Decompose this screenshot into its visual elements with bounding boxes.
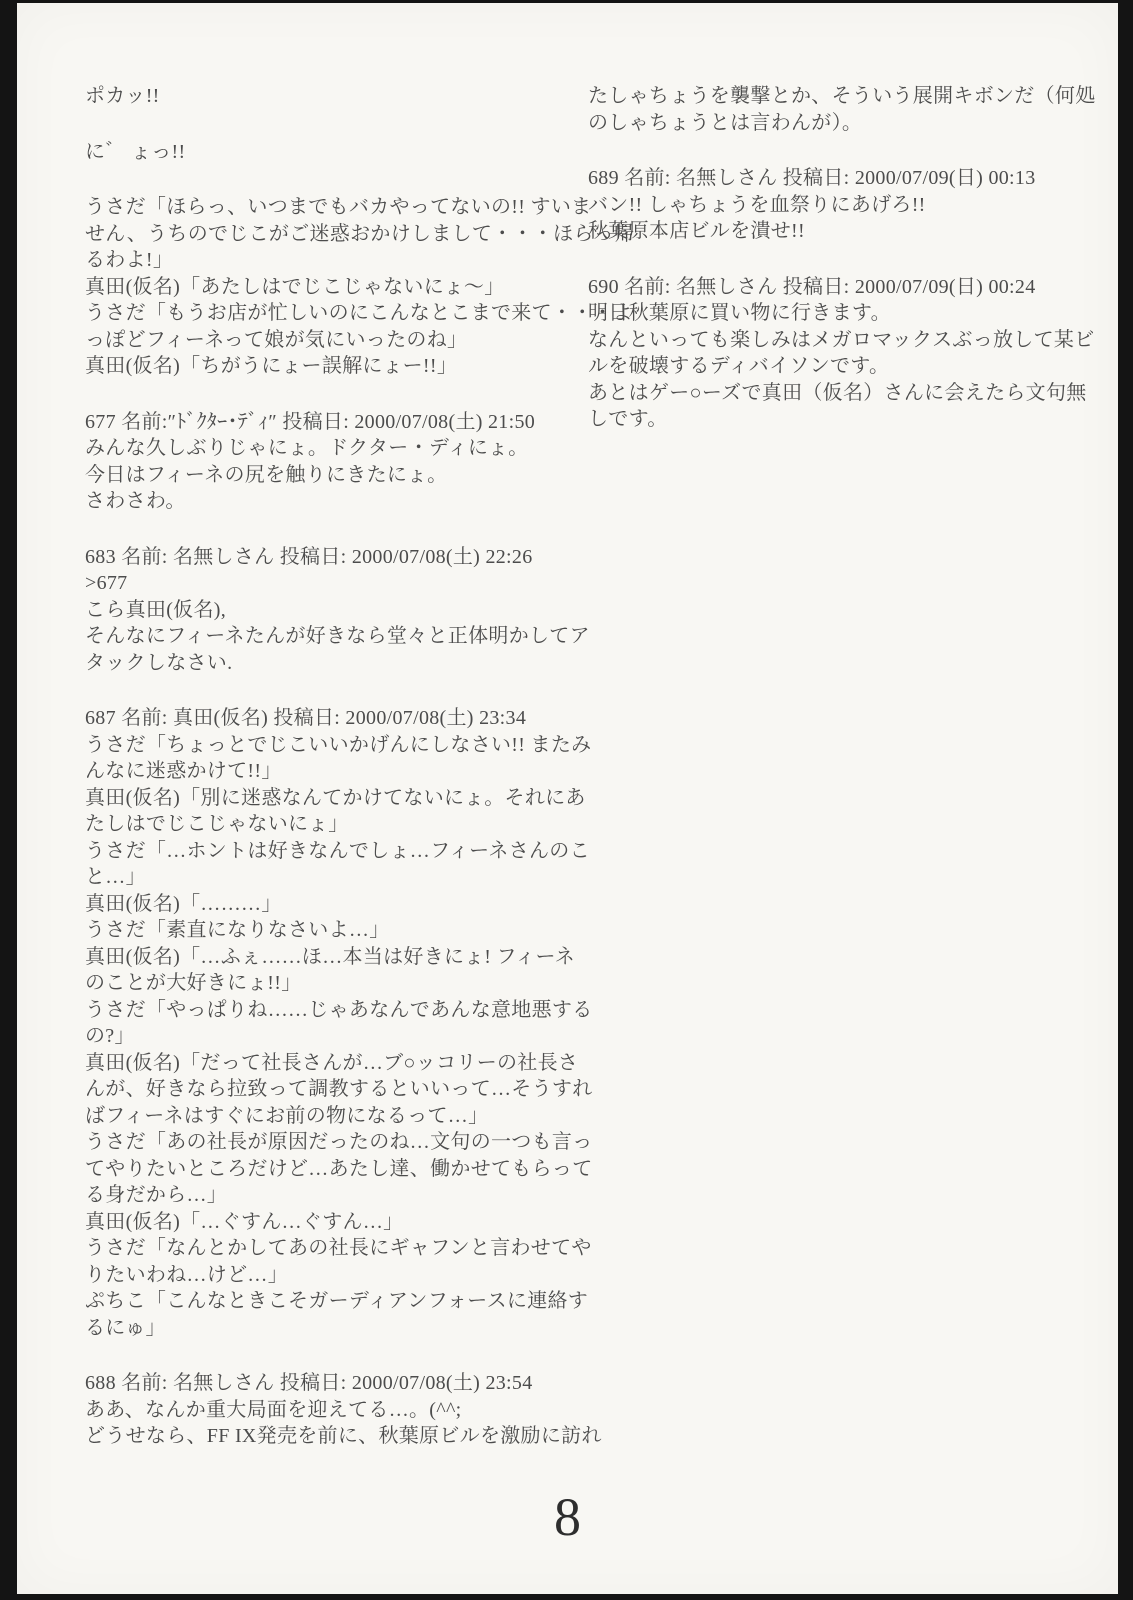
text-line: うさだ「なんとかしてあの社長にギャフンと言わせてや xyxy=(85,1235,563,1262)
text-line: のことが大好きにょ!!」 xyxy=(85,970,563,997)
text-line: っぽどフィーネって娘が気にいったのね」 xyxy=(85,327,563,354)
text-line: そんなにフィーネたんが好きなら堂々と正体明かしてア xyxy=(85,623,563,650)
text-line: どうせなら、FF IX発売を前に、秋葉原ビルを激励に訪れ xyxy=(85,1423,563,1450)
text-line: こら真田(仮名), xyxy=(85,597,563,624)
page-number: 8 xyxy=(17,1486,1118,1548)
text-line: せん、うちのでじこがご迷惑おかけしまして・・・ほらっ帰 xyxy=(85,221,563,248)
text-line: んが、好きなら拉致って調教するといいって…そうすれ xyxy=(85,1076,563,1103)
text-line: 683 名前: 名無しさん 投稿日: 2000/07/08(土) 22:26 xyxy=(85,544,563,571)
post-block-677: 677 名前:″ﾄﾞｸﾀｰ･ﾃﾞｨ″ 投稿日: 2000/07/08(土) 21… xyxy=(85,409,563,515)
text-line: しです。 xyxy=(588,406,1100,433)
text-line: >677 xyxy=(85,570,563,597)
scanned-page: ポカッ!!に゛ ょっ!!うさだ「ほらっ、いつまでもバカやってないの!! すいませ… xyxy=(17,3,1118,1594)
text-line: 688 名前: 名無しさん 投稿日: 2000/07/08(土) 23:54 xyxy=(85,1370,563,1397)
text-line: うさだ「ほらっ、いつまでもバカやってないの!! すいま xyxy=(85,194,563,221)
text-line: と…」 xyxy=(85,864,563,891)
text-line: タックしなさい. xyxy=(85,650,563,677)
text-block: ポカッ!! xyxy=(85,83,563,110)
text-line: るわよ!」 xyxy=(85,247,563,274)
text-line: 真田(仮名)「あたしはでじこじゃないにょ〜」 xyxy=(85,274,563,301)
post-block-689: 689 名前: 名無しさん 投稿日: 2000/07/09(日) 00:13バン… xyxy=(588,165,1100,245)
text-line: ばフィーネはすぐにお前の物になるって…」 xyxy=(85,1103,563,1130)
text-line: うさだ「もうお店が忙しいのにこんなとこまで来て・・・よ xyxy=(85,300,563,327)
text-line: 真田(仮名)「だって社長さんが…ブ○ッコリーの社長さ xyxy=(85,1050,563,1077)
text-line: 真田(仮名)「…ぐすん…ぐすん…」 xyxy=(85,1209,563,1236)
text-line: ルを破壊するディバイソンです。 xyxy=(588,353,1100,380)
text-block: たしゃちょうを襲撃とか、そういう展開キボンだ（何処のしゃちょうとは言わんが）。 xyxy=(588,83,1100,136)
text-line: んなに迷惑かけて!!」 xyxy=(85,758,563,785)
text-line: 明日秋葉原に買い物に行きます。 xyxy=(588,300,1100,327)
text-line: あとはゲー○ーズで真田（仮名）さんに会えたら文句無 xyxy=(588,380,1100,407)
left-text-column: ポカッ!!に゛ ょっ!!うさだ「ほらっ、いつまでもバカやってないの!! すいませ… xyxy=(85,83,563,1479)
post-block-683: 683 名前: 名無しさん 投稿日: 2000/07/08(土) 22:26>6… xyxy=(85,544,563,677)
text-line: る身だから…」 xyxy=(85,1182,563,1209)
text-line: うさだ「素直になりなさいよ…」 xyxy=(85,917,563,944)
text-line: るにゅ」 xyxy=(85,1315,563,1342)
post-block-688: 688 名前: 名無しさん 投稿日: 2000/07/08(土) 23:54ああ… xyxy=(85,1370,563,1450)
post-block-690: 690 名前: 名無しさん 投稿日: 2000/07/09(日) 00:24明日… xyxy=(588,274,1100,433)
text-line: に゛ ょっ!! xyxy=(85,139,563,166)
text-line: 677 名前:″ﾄﾞｸﾀｰ･ﾃﾞｨ″ 投稿日: 2000/07/08(土) 21… xyxy=(85,409,563,436)
text-line: バン!! しゃちょうを血祭りにあげろ!! xyxy=(588,192,1100,219)
text-line: たしゃちょうを襲撃とか、そういう展開キボンだ（何処 xyxy=(588,83,1100,110)
text-line: りたいわね…けど…」 xyxy=(85,1262,563,1289)
text-line: うさだ「…ホントは好きなんでしょ…フィーネさんのこ xyxy=(85,838,563,865)
text-line: さわさわ。 xyxy=(85,488,563,515)
text-line: 今日はフィーネの尻を触りにきたにょ。 xyxy=(85,462,563,489)
right-text-column: たしゃちょうを襲撃とか、そういう展開キボンだ（何処のしゃちょうとは言わんが）。6… xyxy=(588,83,1100,462)
text-line: 真田(仮名)「ちがうにょー誤解にょー!!」 xyxy=(85,353,563,380)
text-line: なんといっても楽しみはメガロマックスぶっ放して某ビ xyxy=(588,327,1100,354)
text-line: みんな久しぶりじゃにょ。ドクター・ディにょ。 xyxy=(85,435,563,462)
text-line: うさだ「ちょっとでじこいいかげんにしなさい!! またみ xyxy=(85,732,563,759)
text-line: うさだ「あの社長が原因だったのね…文句の一つも言っ xyxy=(85,1129,563,1156)
text-line: てやりたいところだけど…あたし達、働かせてもらって xyxy=(85,1156,563,1183)
text-line: ぷちこ「こんなときこそガーディアンフォースに連絡す xyxy=(85,1288,563,1315)
text-line: ああ、なんか重大局面を迎えてる…。(^^; xyxy=(85,1397,563,1424)
text-line: 687 名前: 真田(仮名) 投稿日: 2000/07/08(土) 23:34 xyxy=(85,705,563,732)
text-block: に゛ ょっ!! xyxy=(85,139,563,166)
text-line: 真田(仮名)「…ふぇ……ほ…本当は好きにょ! フィーネ xyxy=(85,944,563,971)
text-line: 真田(仮名)「別に迷惑なんてかけてないにょ。それにあ xyxy=(85,785,563,812)
text-block: うさだ「ほらっ、いつまでもバカやってないの!! すいません、うちのでじこがご迷惑… xyxy=(85,194,563,380)
text-line: のしゃちょうとは言わんが）。 xyxy=(588,110,1100,137)
text-line: 秋葉原本店ビルを潰せ!! xyxy=(588,218,1100,245)
text-line: の?」 xyxy=(85,1023,563,1050)
post-block-687: 687 名前: 真田(仮名) 投稿日: 2000/07/08(土) 23:34う… xyxy=(85,705,563,1341)
text-line: たしはでじこじゃないにょ」 xyxy=(85,811,563,838)
text-line: ポカッ!! xyxy=(85,83,563,110)
text-line: 真田(仮名)「………」 xyxy=(85,891,563,918)
text-line: うさだ「やっぱりね……じゃあなんであんな意地悪する xyxy=(85,997,563,1024)
text-line: 689 名前: 名無しさん 投稿日: 2000/07/09(日) 00:13 xyxy=(588,165,1100,192)
text-line: 690 名前: 名無しさん 投稿日: 2000/07/09(日) 00:24 xyxy=(588,274,1100,301)
